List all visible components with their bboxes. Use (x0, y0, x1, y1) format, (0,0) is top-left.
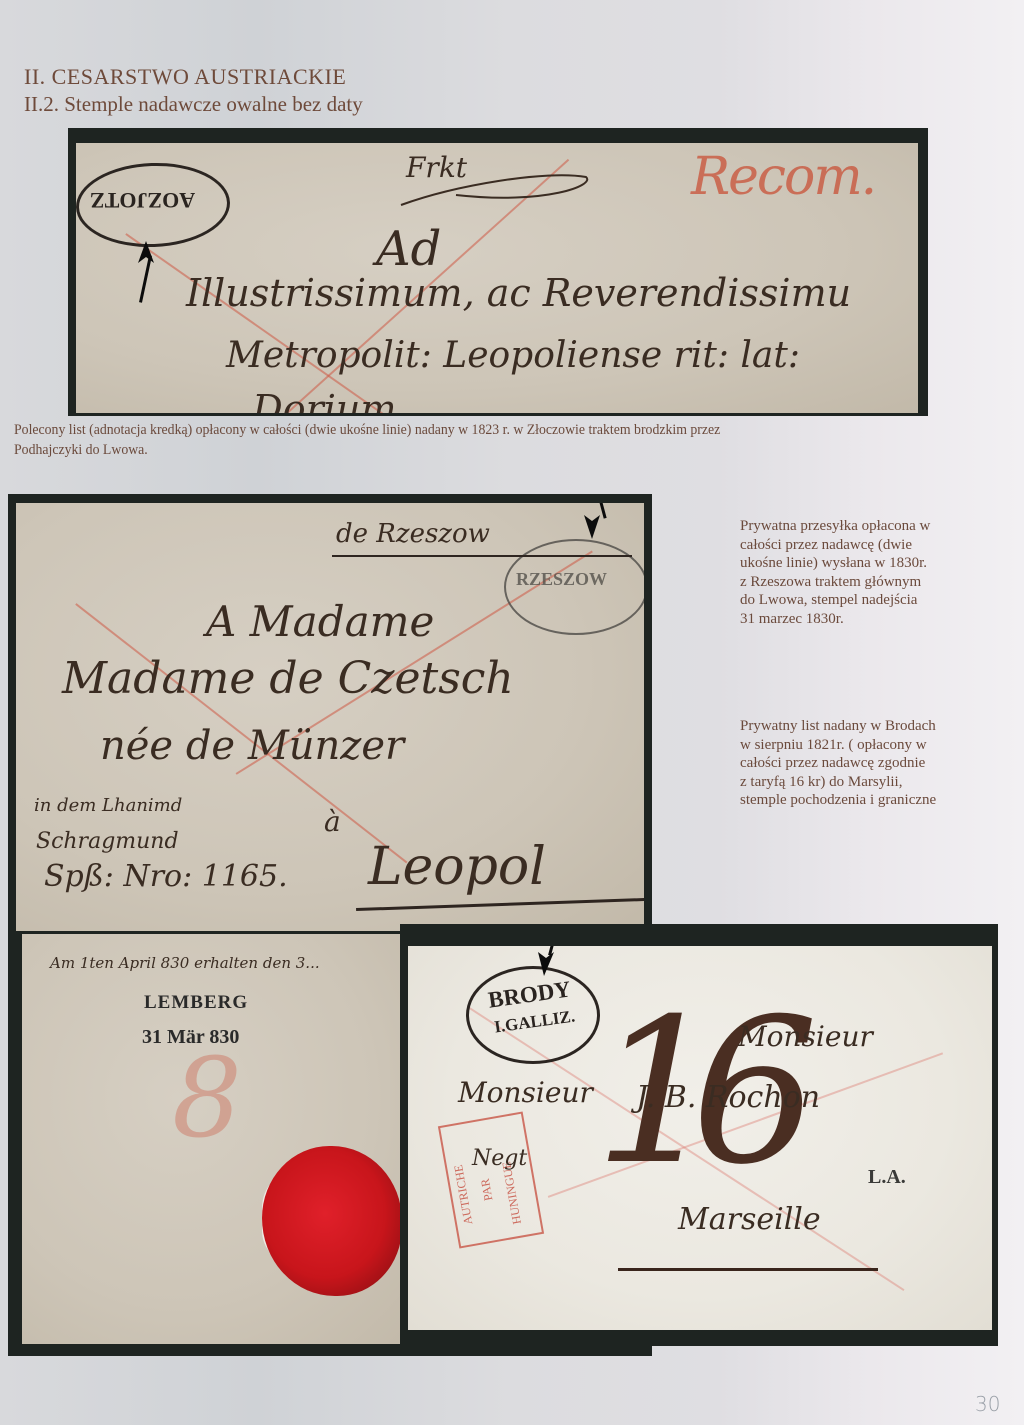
arrow-head-icon (582, 513, 602, 539)
caption-brody: Prywatny list nadany w Brodach w sierpni… (740, 717, 1010, 810)
address-line: Negt (472, 1146, 527, 1171)
page-number: 30 (975, 1392, 1000, 1416)
address-line: Spß: Nro: 1165. (44, 859, 288, 894)
address-line: Metropolit: Leopoliense rit: lat: (226, 335, 800, 376)
address-line: in dem Lhanimd (34, 795, 182, 816)
address-line: A Madame (206, 597, 434, 646)
red-stamp-line: AUTRICHE (451, 1163, 476, 1225)
address-line: ...Dorium (216, 387, 396, 413)
arrival-notation: Am 1ten April 830 erhalten den 3... (50, 954, 320, 972)
arrow-head-icon (536, 950, 556, 976)
underline (356, 898, 644, 911)
zloczow-stamp-text: AOZJOTZ (90, 187, 195, 213)
destination-line: Leopol (368, 837, 546, 897)
subsection-heading: II.2. Stemple nadawcze owalne bez daty (24, 92, 363, 117)
red-stamp-line: PAR (478, 1177, 497, 1202)
address-line: Monsieur (458, 1076, 593, 1109)
address-line: Madame de Czetsch (62, 653, 514, 704)
red-crayon-notation: Recom. (691, 147, 875, 207)
autriche-par-huningue-stamp: AUTRICHE PAR HUNINGUE (438, 1111, 544, 1248)
lemberg-stamp-line1: LEMBERG (144, 992, 248, 1014)
section-heading: II. CESARSTWO AUSTRIACKIE (24, 64, 346, 90)
address-line: Monsieur (738, 1020, 873, 1053)
address-line: à (324, 805, 341, 838)
caption-rzeszow: Prywatna przesyłka opłacona w całości pr… (740, 517, 1010, 628)
cover-zloczow: AOZJOTZ Frkt Recom. Ad Illustrissimum, a… (76, 143, 918, 413)
rzeszow-stamp-text: RZESZOW (516, 569, 607, 590)
address-line: née de Münzer (100, 723, 404, 769)
flourish (396, 165, 596, 215)
rate-underline (618, 1268, 878, 1271)
cover-rzeszow-back: Am 1ten April 830 erhalten den 3... LEMB… (22, 934, 412, 1344)
origin-line: de Rzeszow (336, 519, 490, 549)
cover-rzeszow-front: RZESZOW de Rzeszow A Madame Madame de Cz… (16, 503, 644, 931)
address-line: J. B. Rochon (636, 1080, 820, 1115)
cover-brody: BRODY I.GALLIZ. AUTRICHE PAR HUNINGUE 16… (408, 946, 992, 1330)
address-line: Ad (376, 221, 441, 277)
caption-zloczow: Polecony list (adnotacja kredką) opłacon… (14, 420, 897, 460)
address-line: Illustrissimum, ac Reverendissimu (186, 271, 851, 315)
arrow-head-icon (136, 241, 156, 265)
underline (332, 555, 632, 557)
destination-line: Marseille (678, 1202, 821, 1237)
wax-seal (262, 1146, 402, 1296)
red-rate-mark: 8 (172, 1034, 242, 1162)
address-line: Schragmund (36, 829, 179, 854)
la-marking: L.A. (868, 1166, 906, 1189)
